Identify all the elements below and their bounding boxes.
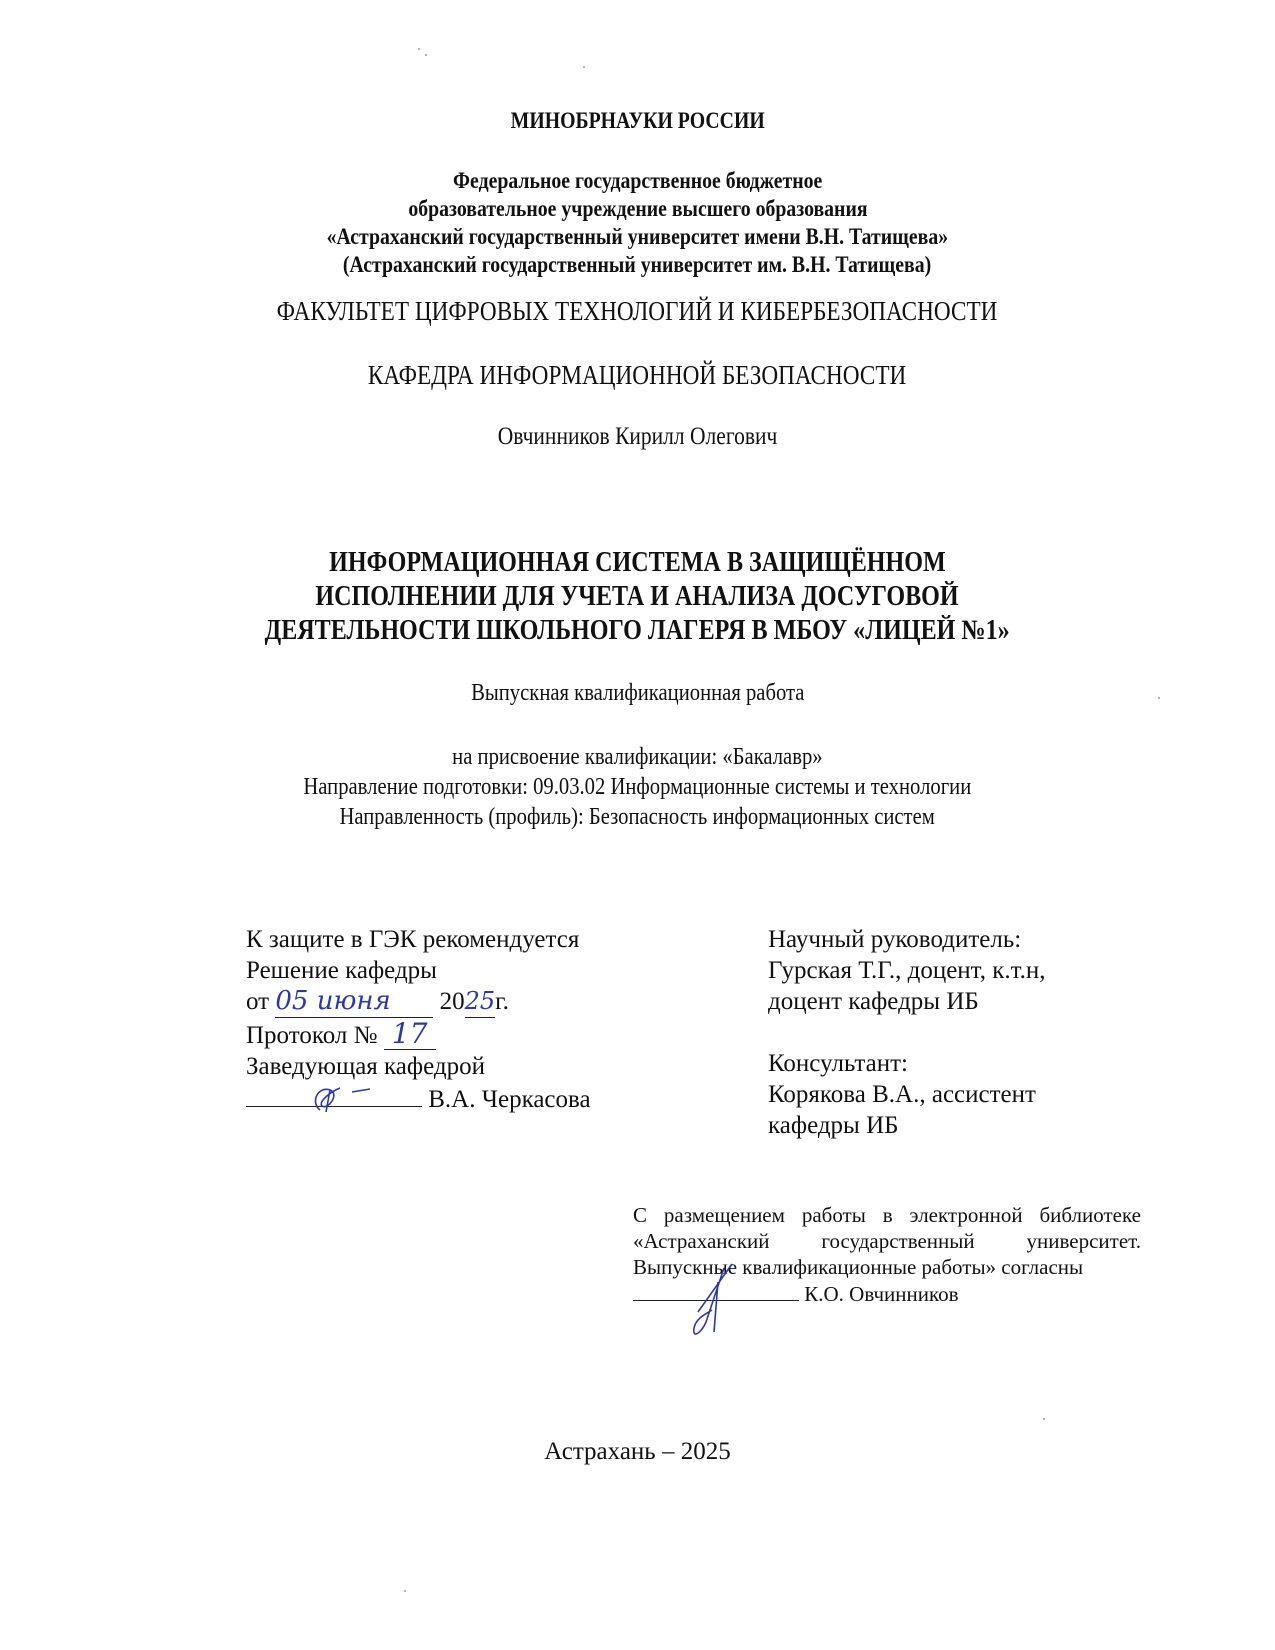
handwritten-date: 05 июня — [275, 986, 433, 1018]
protocol-line: Протокол № 17 — [246, 1018, 591, 1051]
city-year: Астрахань – 2025 — [0, 1437, 1275, 1467]
supervisor-name: Гурская Т.Г., доцент, к.т.н, — [768, 955, 1046, 986]
qualification-text: на присвоение квалификации: «Бакалавр» — [452, 742, 822, 772]
consultant-position: кафедры ИБ — [768, 1110, 1046, 1141]
head-signature-line: В.А. Черкасова — [246, 1082, 591, 1115]
institution-line-3: «Астраханский государственный университе… — [0, 222, 1275, 251]
department-heading: КАФЕДРА ИНФОРМАЦИОННОЙ БЕЗОПАСНОСТИ — [0, 360, 1275, 391]
head-of-department-label: Заведующая кафедрой — [246, 1051, 591, 1082]
work-type-text: Выпускная квалификационная работа — [471, 678, 804, 708]
thesis-title-line-2: ИСПОЛНЕНИИ ДЛЯ УЧЕТА И АНАЛИЗА ДОСУГОВОЙ — [0, 580, 1275, 614]
thesis-title-line-3: ДЕЯТЕЛЬНОСТИ ШКОЛЬНОГО ЛАГЕРЯ В МБОУ «ЛИ… — [0, 614, 1275, 648]
head-signature-icon — [300, 1080, 390, 1116]
institution-line-4: (Астраханский государственный университе… — [0, 250, 1275, 279]
faculty-text: ФАКУЛЬТЕТ ЦИФРОВЫХ ТЕХНОЛОГИЙ И КИБЕРБЕЗ… — [277, 296, 998, 327]
consent-signer: К.О. Овчинников — [804, 1282, 958, 1306]
year-suffix: г. — [495, 988, 509, 1015]
ministry-heading: МИНОБРНАУКИ РОССИИ — [0, 108, 1275, 134]
department-text: КАФЕДРА ИНФОРМАЦИОННОЙ БЕЗОПАСНОСТИ — [368, 360, 906, 391]
ministry-text: МИНОБРНАУКИ РОССИИ — [510, 108, 764, 134]
consent-line: «Астраханский государственный университе… — [633, 1228, 1141, 1254]
work-type: Выпускная квалификационная работа — [0, 678, 1275, 708]
supervisor-position: доцент кафедры ИБ — [768, 986, 1046, 1017]
title-text: ИСПОЛНЕНИИ ДЛЯ УЧЕТА И АНАЛИЗА ДОСУГОВОЙ — [316, 580, 959, 614]
consultant-name: Корякова В.А., ассистент — [768, 1079, 1046, 1110]
faculty-heading: ФАКУЛЬТЕТ ЦИФРОВЫХ ТЕХНОЛОГИЙ И КИБЕРБЕЗ… — [0, 296, 1275, 327]
institution-text: Федеральное государственное бюджетное — [453, 166, 822, 195]
study-profile: Направленность (профиль): Безопасность и… — [0, 802, 1275, 832]
author-text: Овчинников Кирилл Олегович — [498, 422, 778, 452]
handwritten-protocol-number: 17 — [384, 1018, 436, 1050]
scan-speck — [404, 1590, 406, 1592]
year-prefix: 20 — [440, 988, 465, 1015]
scan-speck — [1043, 1418, 1045, 1420]
consultant-label: Консультант: — [768, 1048, 1046, 1079]
profile-text: Направленность (профиль): Безопасность и… — [340, 802, 935, 832]
qualification: на присвоение квалификации: «Бакалавр» — [0, 742, 1275, 772]
student-signature-icon — [684, 1262, 754, 1342]
title-text: ДЕЯТЕЛЬНОСТИ ШКОЛЬНОГО ЛАГЕРЯ В МБОУ «ЛИ… — [265, 614, 1010, 648]
institution-text: образовательное учреждение высшего образ… — [408, 194, 867, 223]
title-text: ИНФОРМАЦИОННАЯ СИСТЕМА В ЗАЩИЩЁННОМ — [329, 546, 946, 580]
institution-line-2: образовательное учреждение высшего образ… — [0, 194, 1275, 223]
city-year-text: Астрахань – 2025 — [544, 1438, 730, 1465]
direction-text: Направление подготовки: 09.03.02 Информа… — [304, 772, 972, 802]
scan-speck — [425, 54, 427, 56]
supervisors-block: Научный руководитель: Гурская Т.Г., доце… — [768, 924, 1046, 1141]
date-prefix: от — [246, 988, 269, 1015]
scan-speck — [583, 66, 585, 68]
consent-line: С размещением работы в электронной библи… — [633, 1202, 1141, 1228]
thesis-title-line-1: ИНФОРМАЦИОННАЯ СИСТЕМА В ЗАЩИЩЁННОМ — [0, 546, 1275, 580]
head-name: В.А. Черкасова — [428, 1086, 590, 1113]
author-name: Овчинников Кирилл Олегович — [0, 422, 1275, 452]
institution-line-1: Федеральное государственное бюджетное — [0, 166, 1275, 195]
approval-date-line: от 05 июня 2025г. — [246, 986, 591, 1018]
supervisor-label: Научный руководитель: — [768, 924, 1046, 955]
study-direction: Направление подготовки: 09.03.02 Информа… — [0, 772, 1275, 802]
institution-text: «Астраханский государственный университе… — [327, 222, 949, 251]
handwritten-year: 25 — [465, 986, 496, 1018]
approval-block: К защите в ГЭК рекомендуется Решение каф… — [246, 924, 591, 1115]
protocol-label: Протокол № — [246, 1022, 377, 1049]
approval-decision: Решение кафедры — [246, 955, 591, 986]
approval-recommendation: К защите в ГЭК рекомендуется — [246, 924, 591, 955]
institution-text: (Астраханский государственный университе… — [343, 250, 931, 279]
scan-speck — [418, 48, 420, 50]
